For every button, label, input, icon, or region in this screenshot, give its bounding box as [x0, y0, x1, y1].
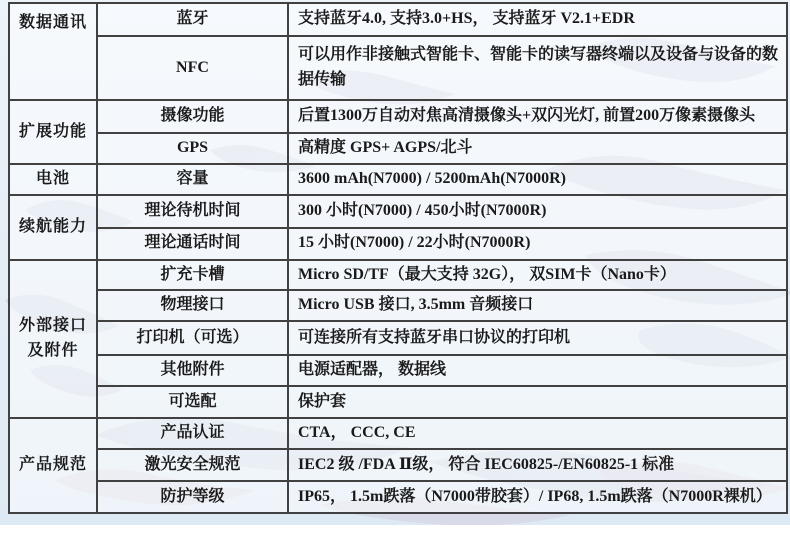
category-cell-product-spec: 产品规范: [9, 418, 97, 513]
page: 数据通讯 蓝牙 支持蓝牙4.0, 支持3.0+HS， 支持蓝牙 V2.1+EDR…: [0, 0, 790, 541]
spec-table: 数据通讯 蓝牙 支持蓝牙4.0, 支持3.0+HS， 支持蓝牙 V2.1+EDR…: [8, 2, 788, 514]
spec-row-bluetooth: 数据通讯 蓝牙 支持蓝牙4.0, 支持3.0+HS， 支持蓝牙 V2.1+EDR: [9, 3, 787, 36]
item-cell-printer: 打印机（可选）: [97, 321, 288, 355]
category-cell-data-comm: 数据通讯: [9, 3, 97, 100]
item-cell-ports: 物理接口: [97, 290, 288, 321]
item-cell-bluetooth: 蓝牙: [97, 3, 288, 36]
spec-row-standby: 续航能力 理论待机时间 300 小时(N7000) / 450小时(N7000R…: [9, 195, 787, 228]
value-cell-optional: 保护套: [288, 386, 787, 418]
spec-row-cardslot: 外部接口及附件 扩充卡槽 Micro SD/TF（最大支持 32G）， 双SIM…: [9, 260, 787, 291]
value-cell-accessories: 电源适配器， 数据线: [288, 355, 787, 386]
spec-row-laser-safety: 激光安全规范 IEC2 级 /FDA Ⅱ级， 符合 IEC60825-/EN60…: [9, 449, 787, 481]
value-cell-laser-safety: IEC2 级 /FDA Ⅱ级， 符合 IEC60825-/EN60825-1 标…: [288, 449, 787, 481]
item-cell-talktime: 理论通话时间: [97, 228, 288, 260]
category-cell-interfaces: 外部接口及附件: [9, 260, 97, 419]
category-cell-extended: 扩展功能: [9, 100, 97, 164]
spec-row-talktime: 理论通话时间 15 小时(N7000) / 22小时(N7000R): [9, 228, 787, 260]
item-cell-certification: 产品认证: [97, 418, 288, 449]
item-cell-cardslot: 扩充卡槽: [97, 260, 288, 291]
spec-row-printer: 打印机（可选） 可连接所有支持蓝牙串口协议的打印机: [9, 321, 787, 355]
spec-row-gps: GPS 高精度 GPS+ AGPS/北斗: [9, 133, 787, 164]
spec-row-accessories: 其他附件 电源适配器， 数据线: [9, 355, 787, 386]
value-cell-protection-rating: IP65， 1.5m跌落（N7000带胶套）/ IP68, 1.5m跌落（N70…: [288, 481, 787, 513]
value-cell-gps: 高精度 GPS+ AGPS/北斗: [288, 133, 787, 164]
item-cell-gps: GPS: [97, 133, 288, 164]
value-cell-camera: 后置1300万自动对焦高清摄像头+双闪光灯, 前置200万像素摄像头: [288, 100, 787, 133]
item-cell-capacity: 容量: [97, 164, 288, 195]
category-cell-endurance: 续航能力: [9, 195, 97, 260]
spec-row-protection-rating: 防护等级 IP65， 1.5m跌落（N7000带胶套）/ IP68, 1.5m跌…: [9, 481, 787, 513]
spec-row-camera: 扩展功能 摄像功能 后置1300万自动对焦高清摄像头+双闪光灯, 前置200万像…: [9, 100, 787, 133]
item-cell-protection-rating: 防护等级: [97, 481, 288, 513]
item-cell-standby: 理论待机时间: [97, 195, 288, 228]
value-cell-talktime: 15 小时(N7000) / 22小时(N7000R): [288, 228, 787, 260]
value-cell-bluetooth: 支持蓝牙4.0, 支持3.0+HS， 支持蓝牙 V2.1+EDR: [288, 3, 787, 36]
item-cell-nfc: NFC: [97, 36, 288, 100]
item-cell-laser-safety: 激光安全规范: [97, 449, 288, 481]
item-cell-optional: 可选配: [97, 386, 288, 418]
spec-row-nfc: NFC 可以用作非接触式智能卡、智能卡的读写器终端以及设备与设备的数据传输: [9, 36, 787, 100]
value-cell-certification: CTA， CCC, CE: [288, 418, 787, 449]
value-cell-cardslot: Micro SD/TF（最大支持 32G）， 双SIM卡（Nano卡）: [288, 260, 787, 291]
spec-row-ports: 物理接口 Micro USB 接口, 3.5mm 音频接口: [9, 290, 787, 321]
value-cell-capacity: 3600 mAh(N7000) / 5200mAh(N7000R): [288, 164, 787, 195]
item-cell-accessories: 其他附件: [97, 355, 288, 386]
spec-row-certification: 产品规范 产品认证 CTA， CCC, CE: [9, 418, 787, 449]
spec-row-capacity: 电池 容量 3600 mAh(N7000) / 5200mAh(N7000R): [9, 164, 787, 195]
value-cell-printer: 可连接所有支持蓝牙串口协议的打印机: [288, 321, 787, 355]
item-cell-camera: 摄像功能: [97, 100, 288, 133]
spec-row-optional: 可选配 保护套: [9, 386, 787, 418]
value-cell-nfc: 可以用作非接触式智能卡、智能卡的读写器终端以及设备与设备的数据传输: [288, 36, 787, 100]
value-cell-ports: Micro USB 接口, 3.5mm 音频接口: [288, 290, 787, 321]
category-cell-battery: 电池: [9, 164, 97, 195]
value-cell-standby: 300 小时(N7000) / 450小时(N7000R): [288, 195, 787, 228]
